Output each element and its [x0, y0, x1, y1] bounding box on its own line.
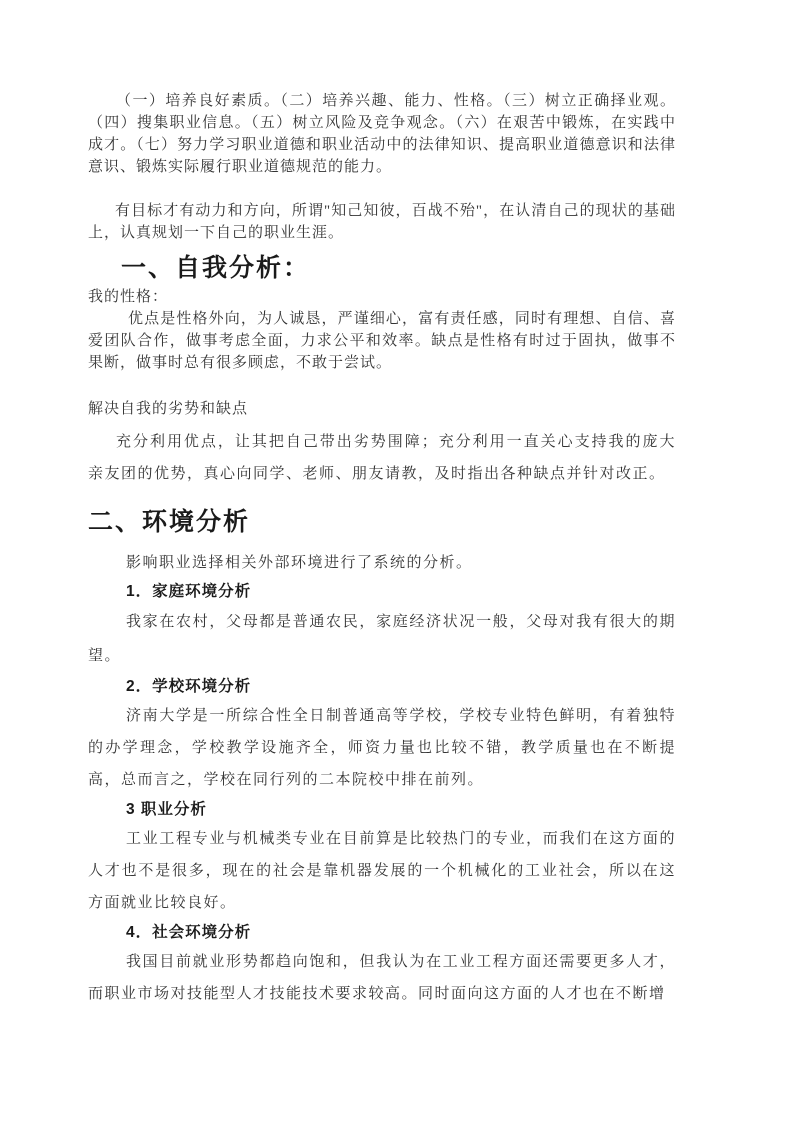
paragraph-my-personality-label: 我的性格：: [88, 286, 676, 308]
paragraph-school-environment: 济南大学是一所综合性全日制普通高等学校，学校专业特色鲜明，有着独特的办学理念，学…: [88, 700, 676, 796]
paragraph-weakness-solution: 充分利用优点，让其把自己带出劣势围障；充分利用一直关心支持我的庞大亲友团的优势，…: [88, 426, 676, 490]
subheading-social-environment: 4．社会环境分析: [126, 919, 676, 946]
paragraph-career-analysis: 工业工程专业与机械类专业在目前算是比较热门的专业，而我们在这方面的人才也不是很多…: [88, 823, 676, 919]
section-heading-self-analysis: 一、自我分析：: [121, 250, 676, 286]
paragraph-goal-intro: 有目标才有动力和方向，所谓"知己知彼，百战不殆"，在认清自己的现状的基础上，认真…: [88, 200, 676, 244]
paragraph-social-environment: 我国目前就业形势都趋向饱和，但我认为在工业工程方面还需要更多人才，而职业市场对技…: [88, 946, 676, 1010]
section-heading-environment-analysis: 二、环境分析: [88, 504, 676, 540]
paragraph-family-environment: 我家在农村，父母都是普通农民，家庭经济状况一般，父母对我有很大的期望。: [88, 605, 676, 673]
subheading-career-analysis: 3 职业分析: [126, 796, 676, 823]
paragraph-environment-intro: 影响职业选择相关外部环境进行了系统的分析。: [88, 548, 676, 578]
document-content: （一）培养良好素质。（二）培养兴趣、能力、性格。（三）树立正确择业观。（四）搜集…: [88, 90, 676, 1010]
subheading-school-environment: 2．学校环境分析: [126, 673, 676, 700]
paragraph-personality-detail: 优点是性格外向，为人诚恳，严谨细心，富有责任感，同时有理想、自信、喜爱团队合作，…: [88, 308, 676, 374]
document-page: （一）培养良好素质。（二）培养兴趣、能力、性格。（三）树立正确择业观。（四）搜集…: [0, 0, 793, 1122]
subheading-family-environment: 1．家庭环境分析: [126, 578, 676, 605]
paragraph-weakness-label: 解决自我的劣势和缺点: [88, 398, 676, 420]
paragraph-career-guidelines: （一）培养良好素质。（二）培养兴趣、能力、性格。（三）树立正确择业观。（四）搜集…: [88, 90, 676, 178]
